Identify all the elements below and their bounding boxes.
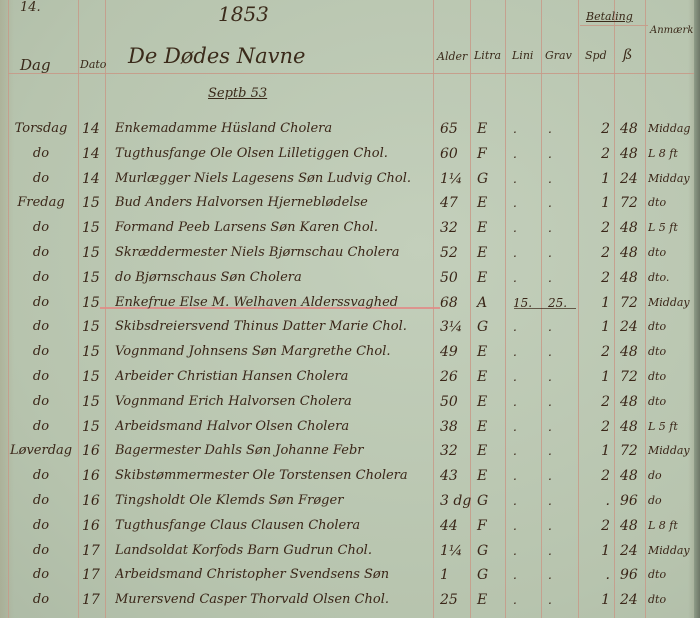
remarks-cell: dto xyxy=(648,341,700,363)
spd-cell: 1 xyxy=(590,589,610,611)
date-cell: 15 xyxy=(82,391,104,413)
header-rule xyxy=(8,73,700,74)
age-cell: 65 xyxy=(440,118,468,140)
grav-cell: . xyxy=(548,515,578,537)
col-class: Litra xyxy=(474,49,501,62)
spd-cell: 1 xyxy=(590,540,610,562)
lini-cell: 15. xyxy=(513,292,543,314)
day-cell: do xyxy=(10,168,72,190)
sk-cell: 24 xyxy=(620,589,642,611)
name-cell: Tugthusfange Claus Clausen Cholera xyxy=(115,515,435,537)
day-cell: do xyxy=(10,366,72,388)
ledger-row: do 14 Murlægger Niels Lagesens Søn Ludvi… xyxy=(0,168,700,190)
remarks-cell: Midday xyxy=(648,440,700,462)
lini-cell: . xyxy=(513,341,543,363)
day-cell: do xyxy=(10,391,72,413)
lini-cell: . xyxy=(513,118,543,140)
date-cell: 15 xyxy=(82,416,104,438)
sk-cell: 96 xyxy=(620,490,642,512)
age-cell: 43 xyxy=(440,465,468,487)
ledger-row: do 15 Formand Peeb Larsens Søn Karen Cho… xyxy=(0,217,700,239)
date-cell: 15 xyxy=(82,366,104,388)
col-day: Dag xyxy=(20,56,51,74)
day-cell: do xyxy=(10,540,72,562)
grav-cell: . xyxy=(548,341,578,363)
sk-cell: 48 xyxy=(620,143,642,165)
age-cell: 52 xyxy=(440,242,468,264)
age-cell: 3¼ xyxy=(440,316,468,338)
date-cell: 15 xyxy=(82,192,104,214)
class-cell: E xyxy=(477,391,497,413)
lini-cell: . xyxy=(513,589,543,611)
name-cell: Arbeidsmand Halvor Olsen Cholera xyxy=(115,416,435,438)
ledger-row: do 15 Vognmand Erich Halvorsen Cholera 5… xyxy=(0,391,700,413)
sk-cell: 96 xyxy=(620,564,642,586)
spd-cell: 2 xyxy=(590,416,610,438)
class-cell: F xyxy=(477,143,497,165)
sk-cell: 72 xyxy=(620,292,642,314)
grav-cell: . xyxy=(548,465,578,487)
class-cell: E xyxy=(477,440,497,462)
sk-cell: 48 xyxy=(620,118,642,140)
ledger-row: do 15 do Bjørnschaus Søn Cholera 50 E . … xyxy=(0,267,700,289)
age-cell: 1¼ xyxy=(440,540,468,562)
grav-cell: . xyxy=(548,564,578,586)
day-cell: do xyxy=(10,490,72,512)
name-cell: Tugthusfange Ole Olsen Lilletiggen Chol. xyxy=(115,143,435,165)
grav-cell: . xyxy=(548,118,578,140)
grav-cell: . xyxy=(548,589,578,611)
date-cell: 15 xyxy=(82,341,104,363)
grav-cell: . xyxy=(548,366,578,388)
spd-cell: 2 xyxy=(590,217,610,239)
sk-cell: 48 xyxy=(620,341,642,363)
ledger-row: Torsdag 14 Enkemadamme Hüsland Cholera 6… xyxy=(0,118,700,140)
date-cell: 15 xyxy=(82,316,104,338)
name-cell: Enkefrue Else M. Welhaven Alderssvaghed xyxy=(115,292,435,314)
sk-cell: 48 xyxy=(620,416,642,438)
lini-cell: . xyxy=(513,143,543,165)
spd-cell: 2 xyxy=(590,267,610,289)
name-cell: Bud Anders Halvorsen Hjerneblødelse xyxy=(115,192,435,214)
class-cell: E xyxy=(477,242,497,264)
remarks-cell: dto. xyxy=(648,267,700,289)
age-cell: 47 xyxy=(440,192,468,214)
ledger-row: do 17 Murersvend Casper Thorvald Olsen C… xyxy=(0,589,700,611)
name-cell: Tingsholdt Ole Klemds Søn Frøger xyxy=(115,490,435,512)
payment-group-rule xyxy=(580,25,648,26)
spd-cell: . xyxy=(590,490,610,512)
remarks-cell: L 5 ft xyxy=(648,416,700,438)
grav-cell: 25. xyxy=(548,292,578,314)
sk-cell: 48 xyxy=(620,267,642,289)
ledger-row: do 15 Vognmand Johnsens Søn Margrethe Ch… xyxy=(0,341,700,363)
age-cell: 32 xyxy=(440,217,468,239)
name-cell: Skibsdreiersvend Thinus Datter Marie Cho… xyxy=(115,316,435,338)
lini-cell: . xyxy=(513,168,543,190)
ledger-row: do 17 Arbeidsmand Christopher Svendsens … xyxy=(0,564,700,586)
page-number: 14. xyxy=(20,0,41,15)
day-cell: do xyxy=(10,217,72,239)
lini-cell: . xyxy=(513,267,543,289)
col-age: Alder xyxy=(437,50,467,63)
col-grav: Grav xyxy=(545,49,572,62)
day-cell: Løverdag xyxy=(10,440,72,462)
date-cell: 15 xyxy=(82,242,104,264)
spd-cell: 2 xyxy=(590,242,610,264)
remarks-cell: Midday xyxy=(648,168,700,190)
ledger-row: do 17 Landsoldat Korfods Barn Gudrun Cho… xyxy=(0,540,700,562)
remarks-cell: dto xyxy=(648,564,700,586)
ledger-row: do 14 Tugthusfange Ole Olsen Lilletiggen… xyxy=(0,143,700,165)
name-cell: Murersvend Casper Thorvald Olsen Chol. xyxy=(115,589,435,611)
age-cell: 38 xyxy=(440,416,468,438)
ledger-row: do 15 Arbeidsmand Halvor Olsen Cholera 3… xyxy=(0,416,700,438)
class-cell: E xyxy=(477,267,497,289)
ledger-row: do 16 Tugthusfange Claus Clausen Cholera… xyxy=(0,515,700,537)
date-cell: 14 xyxy=(82,168,104,190)
day-cell: do xyxy=(10,564,72,586)
lini-cell: . xyxy=(513,416,543,438)
grav-cell: . xyxy=(548,316,578,338)
age-cell: 3 dg xyxy=(440,490,468,512)
col-lini: Lini xyxy=(512,49,533,62)
remarks-cell: dto xyxy=(648,316,700,338)
spd-cell: 2 xyxy=(590,465,610,487)
class-cell: F xyxy=(477,515,497,537)
name-cell: Arbeider Christian Hansen Cholera xyxy=(115,366,435,388)
day-cell: do xyxy=(10,416,72,438)
ledger-row: do 15 Skræddermester Niels Bjørnschau Ch… xyxy=(0,242,700,264)
sk-cell: 48 xyxy=(620,465,642,487)
lini-cell: . xyxy=(513,366,543,388)
lini-cell: . xyxy=(513,465,543,487)
date-cell: 17 xyxy=(82,589,104,611)
col-remarks: Anmærkninger xyxy=(650,22,698,40)
name-cell: do Bjørnschaus Søn Cholera xyxy=(115,267,435,289)
grav-cell: . xyxy=(548,490,578,512)
class-cell: G xyxy=(477,490,497,512)
day-cell: do xyxy=(10,316,72,338)
age-cell: 25 xyxy=(440,589,468,611)
date-cell: 15 xyxy=(82,217,104,239)
grav-cell: . xyxy=(548,217,578,239)
grav-cell: . xyxy=(548,416,578,438)
sk-cell: 24 xyxy=(620,316,642,338)
date-cell: 16 xyxy=(82,440,104,462)
class-cell: G xyxy=(477,564,497,586)
spd-cell: 1 xyxy=(590,440,610,462)
month-label: Septb 53 xyxy=(208,86,267,101)
lini-cell: . xyxy=(513,564,543,586)
col-spd: Spd xyxy=(585,49,607,62)
sk-cell: 72 xyxy=(620,192,642,214)
age-cell: 1¼ xyxy=(440,168,468,190)
name-cell: Formand Peeb Larsens Søn Karen Chol. xyxy=(115,217,435,239)
lini-cell: . xyxy=(513,440,543,462)
year: 1853 xyxy=(218,2,269,26)
date-cell: 17 xyxy=(82,564,104,586)
remarks-cell: Middag xyxy=(648,118,700,140)
day-cell: Torsdag xyxy=(10,118,72,140)
class-cell: E xyxy=(477,341,497,363)
remarks-cell: do xyxy=(648,465,700,487)
name-cell: Murlægger Niels Lagesens Søn Ludvig Chol… xyxy=(115,168,435,190)
grav-cell: . xyxy=(548,540,578,562)
spd-cell: 2 xyxy=(590,515,610,537)
page-title: De Dødes Navne xyxy=(128,44,305,68)
lini-cell: . xyxy=(513,515,543,537)
remarks-cell: Midday xyxy=(648,540,700,562)
lini-cell: . xyxy=(513,242,543,264)
grav-cell: . xyxy=(548,267,578,289)
name-cell: Vognmand Johnsens Søn Margrethe Chol. xyxy=(115,341,435,363)
spd-cell: 2 xyxy=(590,391,610,413)
name-cell: Skibstømmermester Ole Torstensen Cholera xyxy=(115,465,435,487)
age-cell: 44 xyxy=(440,515,468,537)
day-cell: do xyxy=(10,589,72,611)
remarks-cell: L 8 ft xyxy=(648,515,700,537)
ledger-row: do 16 Tingsholdt Ole Klemds Søn Frøger 3… xyxy=(0,490,700,512)
age-cell: 50 xyxy=(440,267,468,289)
lini-cell: . xyxy=(513,540,543,562)
col-payment-group: Betaling xyxy=(586,10,633,23)
grav-cell: . xyxy=(548,143,578,165)
name-cell: Arbeidsmand Christopher Svendsens Søn xyxy=(115,564,435,586)
age-cell: 32 xyxy=(440,440,468,462)
remarks-cell: dto xyxy=(648,391,700,413)
sk-cell: 72 xyxy=(620,440,642,462)
lini-cell: . xyxy=(513,391,543,413)
col-sk: ß xyxy=(623,47,632,63)
date-cell: 14 xyxy=(82,118,104,140)
age-cell: 60 xyxy=(440,143,468,165)
sk-cell: 48 xyxy=(620,242,642,264)
remarks-cell: L 5 ft xyxy=(648,217,700,239)
spd-cell: 1 xyxy=(590,192,610,214)
spd-cell: 2 xyxy=(590,118,610,140)
grav-cell: . xyxy=(548,242,578,264)
remarks-cell: dto xyxy=(648,242,700,264)
lini-cell: . xyxy=(513,192,543,214)
name-cell: Vognmand Erich Halvorsen Cholera xyxy=(115,391,435,413)
class-cell: E xyxy=(477,366,497,388)
lini-cell: . xyxy=(513,490,543,512)
ledger-page: 14. 1853 Dag Dato De Dødes Navne Alder L… xyxy=(0,0,700,618)
grav-cell: . xyxy=(548,440,578,462)
remarks-cell: dto xyxy=(648,192,700,214)
spd-cell: 1 xyxy=(590,168,610,190)
age-cell: 68 xyxy=(440,292,468,314)
grav-cell: . xyxy=(548,168,578,190)
day-cell: do xyxy=(10,465,72,487)
grav-cell: . xyxy=(548,192,578,214)
class-cell: E xyxy=(477,192,497,214)
day-cell: do xyxy=(10,242,72,264)
col-date: Dato xyxy=(80,58,106,71)
date-cell: 16 xyxy=(82,465,104,487)
spd-cell: 2 xyxy=(590,143,610,165)
ledger-row: do 15 Skibsdreiersvend Thinus Datter Mar… xyxy=(0,316,700,338)
class-cell: E xyxy=(477,589,497,611)
date-cell: 17 xyxy=(82,540,104,562)
class-cell: G xyxy=(477,540,497,562)
date-cell: 16 xyxy=(82,490,104,512)
age-cell: 49 xyxy=(440,341,468,363)
day-cell: Fredag xyxy=(10,192,72,214)
day-cell: do xyxy=(10,267,72,289)
day-cell: do xyxy=(10,292,72,314)
spd-cell: . xyxy=(590,564,610,586)
ledger-row: Fredag 15 Bud Anders Halvorsen Hjerneblø… xyxy=(0,192,700,214)
sk-cell: 48 xyxy=(620,391,642,413)
sk-cell: 24 xyxy=(620,540,642,562)
remarks-cell: Midday xyxy=(648,292,700,314)
name-cell: Enkemadamme Hüsland Cholera xyxy=(115,118,435,140)
spd-cell: 1 xyxy=(590,316,610,338)
age-cell: 50 xyxy=(440,391,468,413)
book-binding xyxy=(694,0,700,618)
ledger-row: Løverdag 16 Bagermester Dahls Søn Johann… xyxy=(0,440,700,462)
sk-cell: 48 xyxy=(620,217,642,239)
remarks-cell: L 8 ft xyxy=(648,143,700,165)
ledger-row: do 15 Arbeider Christian Hansen Cholera … xyxy=(0,366,700,388)
class-cell: E xyxy=(477,118,497,140)
ledger-row: do 16 Skibstømmermester Ole Torstensen C… xyxy=(0,465,700,487)
class-cell: G xyxy=(477,316,497,338)
date-cell: 14 xyxy=(82,143,104,165)
name-cell: Landsoldat Korfods Barn Gudrun Chol. xyxy=(115,540,435,562)
class-cell: E xyxy=(477,416,497,438)
ledger-row: do 15 Enkefrue Else M. Welhaven Alderssv… xyxy=(0,292,700,314)
sk-cell: 48 xyxy=(620,515,642,537)
date-cell: 15 xyxy=(82,292,104,314)
lini-cell: . xyxy=(513,217,543,239)
age-cell: 1 xyxy=(440,564,468,586)
spd-cell: 2 xyxy=(590,341,610,363)
name-cell: Skræddermester Niels Bjørnschau Cholera xyxy=(115,242,435,264)
day-cell: do xyxy=(10,515,72,537)
remarks-cell: dto xyxy=(648,589,700,611)
class-cell: E xyxy=(477,217,497,239)
name-cell: Bagermester Dahls Søn Johanne Febr xyxy=(115,440,435,462)
age-cell: 26 xyxy=(440,366,468,388)
class-cell: A xyxy=(477,292,497,314)
lini-cell: . xyxy=(513,316,543,338)
grav-cell: . xyxy=(548,391,578,413)
spd-cell: 1 xyxy=(590,366,610,388)
class-cell: G xyxy=(477,168,497,190)
class-cell: E xyxy=(477,465,497,487)
sk-cell: 72 xyxy=(620,366,642,388)
day-cell: do xyxy=(10,341,72,363)
remarks-cell: do xyxy=(648,490,700,512)
day-cell: do xyxy=(10,143,72,165)
date-cell: 16 xyxy=(82,515,104,537)
date-cell: 15 xyxy=(82,267,104,289)
remarks-cell: dto xyxy=(648,366,700,388)
spd-cell: 1 xyxy=(590,292,610,314)
sk-cell: 24 xyxy=(620,168,642,190)
